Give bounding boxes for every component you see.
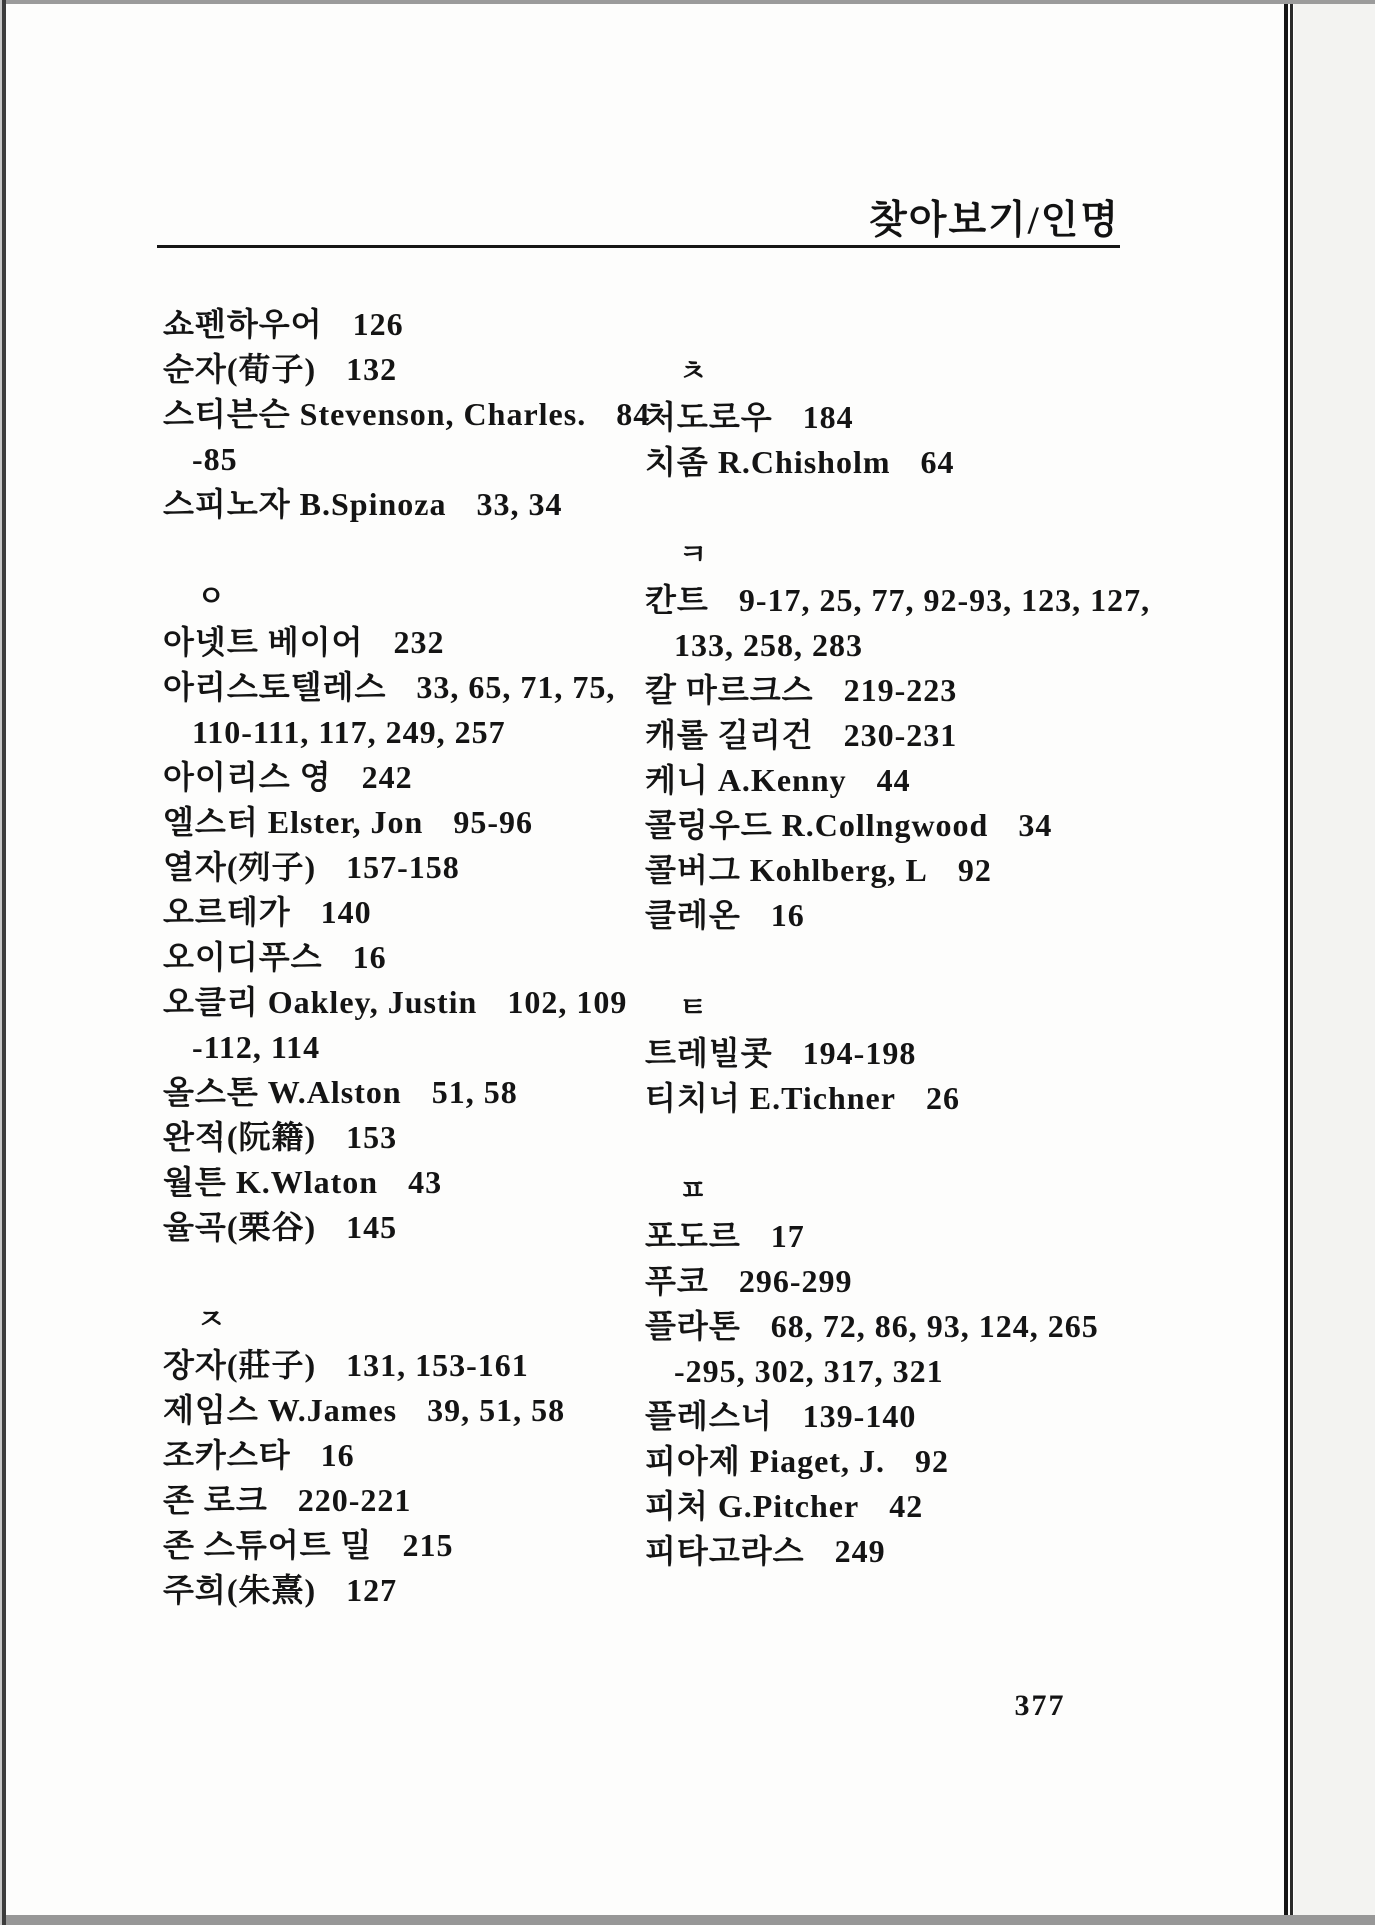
entry-name: 쇼펜하우어 (163, 306, 323, 342)
index-entry: 존 스튜어트 밀215 (163, 1523, 638, 1568)
entry-pages: 249 (835, 1533, 886, 1569)
entry-name: 존 로크 (163, 1482, 268, 1518)
index-entry: 존 로크220-221 (163, 1478, 638, 1523)
entry-pages: 139-140 (803, 1398, 917, 1434)
index-entry: 오르테가140 (163, 890, 638, 935)
index-entry: 순자(荀子)132 (163, 347, 638, 392)
entry-name: 콜버그 Kohlberg, L (645, 852, 928, 888)
index-entry: 오클리 Oakley, Justin102, 109 (163, 980, 638, 1025)
entry-name: 제임스 W.James (163, 1392, 397, 1428)
entry-continuation: 110-111, 117, 249, 257 (163, 710, 638, 755)
entry-pages: 102, 109 (507, 984, 627, 1020)
entry-pages: 145 (346, 1209, 397, 1245)
entry-pages: 34 (1018, 807, 1052, 843)
entry-name: 순자(荀子) (163, 351, 316, 387)
entry-pages: 9-17, 25, 77, 92-93, 123, 127, (739, 582, 1150, 618)
entry-pages: 184 (803, 399, 854, 435)
index-entry: 푸코296-299 (645, 1259, 1165, 1304)
scanned-book-page: 찾아보기/인명 쇼펜하우어126순자(荀子)132스티븐슨 Stevenson,… (0, 0, 1375, 1925)
section-letter: ㅊ (645, 350, 1165, 395)
index-entry: 캐롤 길리건230-231 (645, 713, 1165, 758)
entry-pages: 194-198 (803, 1035, 917, 1071)
entry-name: 케니 A.Kenny (645, 762, 847, 798)
index-entry: 제임스 W.James39, 51, 58 (163, 1388, 638, 1433)
index-entry: 월튼 K.Wlaton43 (163, 1160, 638, 1205)
entry-name: 아이리스 영 (163, 759, 332, 795)
entry-pages: 68, 72, 86, 93, 124, 265 (771, 1308, 1099, 1344)
entry-name: 아넷트 베이어 (163, 624, 363, 660)
index-entry: 피처 G.Pitcher42 (645, 1484, 1165, 1529)
entry-name: 트레빌콧 (645, 1035, 773, 1071)
entry-name: 스피노자 B.Spinoza (163, 486, 446, 522)
entry-name: 피타고라스 (645, 1533, 805, 1569)
entry-name: 엘스터 Elster, Jon (163, 804, 423, 840)
index-entry: 아리스토텔레스33, 65, 71, 75, (163, 665, 638, 710)
entry-name: 주희(朱熹) (163, 1572, 316, 1608)
index-entry: 장자(莊子)131, 153-161 (163, 1343, 638, 1388)
index-entry: 티치너 E.Tichner26 (645, 1076, 1165, 1121)
entry-continuation: -295, 302, 317, 321 (645, 1349, 1165, 1394)
index-entry: 아넷트 베이어232 (163, 620, 638, 665)
entry-continuation: -85 (163, 437, 638, 482)
entry-name: 열자(列子) (163, 849, 316, 885)
entry-name: 오클리 Oakley, Justin (163, 984, 477, 1020)
entry-pages: 219-223 (844, 672, 958, 708)
entry-pages: 242 (362, 759, 413, 795)
entry-pages: 232 (393, 624, 444, 660)
page-header: 찾아보기/인명 (157, 196, 1120, 246)
index-entry: 콜링우드 R.Collngwood34 (645, 803, 1165, 848)
index-entry: 스티븐슨 Stevenson, Charles.84 (163, 392, 638, 437)
entry-name: 피처 G.Pitcher (645, 1488, 859, 1524)
entry-name: 율곡(栗谷) (163, 1209, 316, 1245)
scan-edge-left-inner (2, 0, 6, 1925)
entry-pages: 16 (771, 897, 805, 933)
index-entry: 플레스너139-140 (645, 1394, 1165, 1439)
entry-name: 캐롤 길리건 (645, 717, 814, 753)
entry-name: 올스톤 W.Alston (163, 1074, 402, 1110)
entry-name: 오르테가 (163, 894, 291, 930)
index-entry: 칸트9-17, 25, 77, 92-93, 123, 127, (645, 578, 1165, 623)
entry-name: 피아제 Piaget, J. (645, 1443, 885, 1479)
entry-name: 클레온 (645, 897, 741, 933)
entry-name: 처도로우 (645, 399, 773, 435)
index-entry: 완적(阮籍)153 (163, 1115, 638, 1160)
section-letter: ㅇ (163, 575, 638, 620)
index-entry: 올스톤 W.Alston51, 58 (163, 1070, 638, 1115)
entry-pages: 140 (321, 894, 372, 930)
section-letter: ㅌ (645, 986, 1165, 1031)
entry-name: 장자(莊子) (163, 1347, 316, 1383)
entry-pages: 33, 65, 71, 75, (416, 669, 615, 705)
entry-name: 플레스너 (645, 1398, 773, 1434)
page-number: 377 (995, 1686, 1085, 1726)
entry-name: 포도르 (645, 1218, 741, 1254)
index-entry: 오이디푸스16 (163, 935, 638, 980)
index-entry: 조카스타16 (163, 1433, 638, 1478)
entry-pages: 64 (921, 444, 955, 480)
index-entry: 열자(列子)157-158 (163, 845, 638, 890)
section-letter: ㅋ (645, 533, 1165, 578)
index-entry: 플라톤68, 72, 86, 93, 124, 265 (645, 1304, 1165, 1349)
page-edge-line-outer (1284, 0, 1288, 1925)
entry-pages: 33, 34 (476, 486, 562, 522)
entry-pages: 131, 153-161 (346, 1347, 529, 1383)
scan-edge-top (0, 0, 1375, 4)
entry-pages: 17 (771, 1218, 805, 1254)
entry-pages: 126 (353, 306, 404, 342)
index-entry: 피타고라스249 (645, 1529, 1165, 1574)
index-column-left: 쇼펜하우어126순자(荀子)132스티븐슨 Stevenson, Charles… (163, 302, 638, 1613)
header-rule (157, 245, 1120, 248)
entry-pages: 92 (958, 852, 992, 888)
entry-name: 칼 마르크스 (645, 672, 814, 708)
index-entry: 율곡(栗谷)145 (163, 1205, 638, 1250)
index-entry: 스피노자 B.Spinoza33, 34 (163, 482, 638, 527)
entry-name: 치좀 R.Chisholm (645, 444, 891, 480)
entry-pages: 43 (408, 1164, 442, 1200)
entry-name: 조카스타 (163, 1437, 291, 1473)
entry-continuation: 133, 258, 283 (645, 623, 1165, 668)
section-letter: ㅍ (645, 1169, 1165, 1214)
index-entry: 엘스터 Elster, Jon95-96 (163, 800, 638, 845)
index-entry: 칼 마르크스219-223 (645, 668, 1165, 713)
entry-pages: 132 (346, 351, 397, 387)
entry-name: 월튼 K.Wlaton (163, 1164, 378, 1200)
entry-pages: 215 (402, 1527, 453, 1563)
index-entry: 처도로우184 (645, 395, 1165, 440)
entry-pages: 296-299 (739, 1263, 853, 1299)
entry-pages: 42 (889, 1488, 923, 1524)
index-entry: 아이리스 영242 (163, 755, 638, 800)
scan-right-margin (1294, 0, 1375, 1925)
entry-pages: 44 (877, 762, 911, 798)
entry-name: 플라톤 (645, 1308, 741, 1344)
entry-name: 존 스튜어트 밀 (163, 1527, 372, 1563)
index-entry: 피아제 Piaget, J.92 (645, 1439, 1165, 1484)
index-entry: 클레온16 (645, 893, 1165, 938)
entry-name: 칸트 (645, 582, 709, 618)
index-entry: 주희(朱熹)127 (163, 1568, 638, 1613)
scan-edge-bottom (0, 1915, 1375, 1925)
page-edge-line-inner (1290, 0, 1293, 1925)
entry-pages: 92 (915, 1443, 949, 1479)
entry-pages: 95-96 (453, 804, 533, 840)
entry-pages: 39, 51, 58 (427, 1392, 565, 1428)
index-column-right: ㅊ처도로우184치좀 R.Chisholm64ㅋ칸트9-17, 25, 77, … (645, 302, 1165, 1574)
index-entry: 트레빌콧194-198 (645, 1031, 1165, 1076)
entry-name: 오이디푸스 (163, 939, 323, 975)
entry-pages: 26 (926, 1080, 960, 1116)
index-entry: 콜버그 Kohlberg, L92 (645, 848, 1165, 893)
entry-continuation: -112, 114 (163, 1025, 638, 1070)
entry-name: 콜링우드 R.Collngwood (645, 807, 988, 843)
index-entry: 치좀 R.Chisholm64 (645, 440, 1165, 485)
entry-pages: 127 (346, 1572, 397, 1608)
index-entry: 포도르17 (645, 1214, 1165, 1259)
entry-name: 티치너 E.Tichner (645, 1080, 896, 1116)
entry-pages: 153 (346, 1119, 397, 1155)
entry-pages: 16 (321, 1437, 355, 1473)
index-entry: 쇼펜하우어126 (163, 302, 638, 347)
entry-name: 푸코 (645, 1263, 709, 1299)
entry-name: 완적(阮籍) (163, 1119, 316, 1155)
entry-pages: 51, 58 (432, 1074, 518, 1110)
entry-pages: 220-221 (298, 1482, 412, 1518)
section-letter: ㅈ (163, 1298, 638, 1343)
entry-name: 아리스토텔레스 (163, 669, 386, 705)
entry-name: 스티븐슨 Stevenson, Charles. (163, 396, 586, 432)
entry-pages: 157-158 (346, 849, 460, 885)
index-entry: 케니 A.Kenny44 (645, 758, 1165, 803)
entry-pages: 16 (353, 939, 387, 975)
entry-pages: 230-231 (844, 717, 958, 753)
